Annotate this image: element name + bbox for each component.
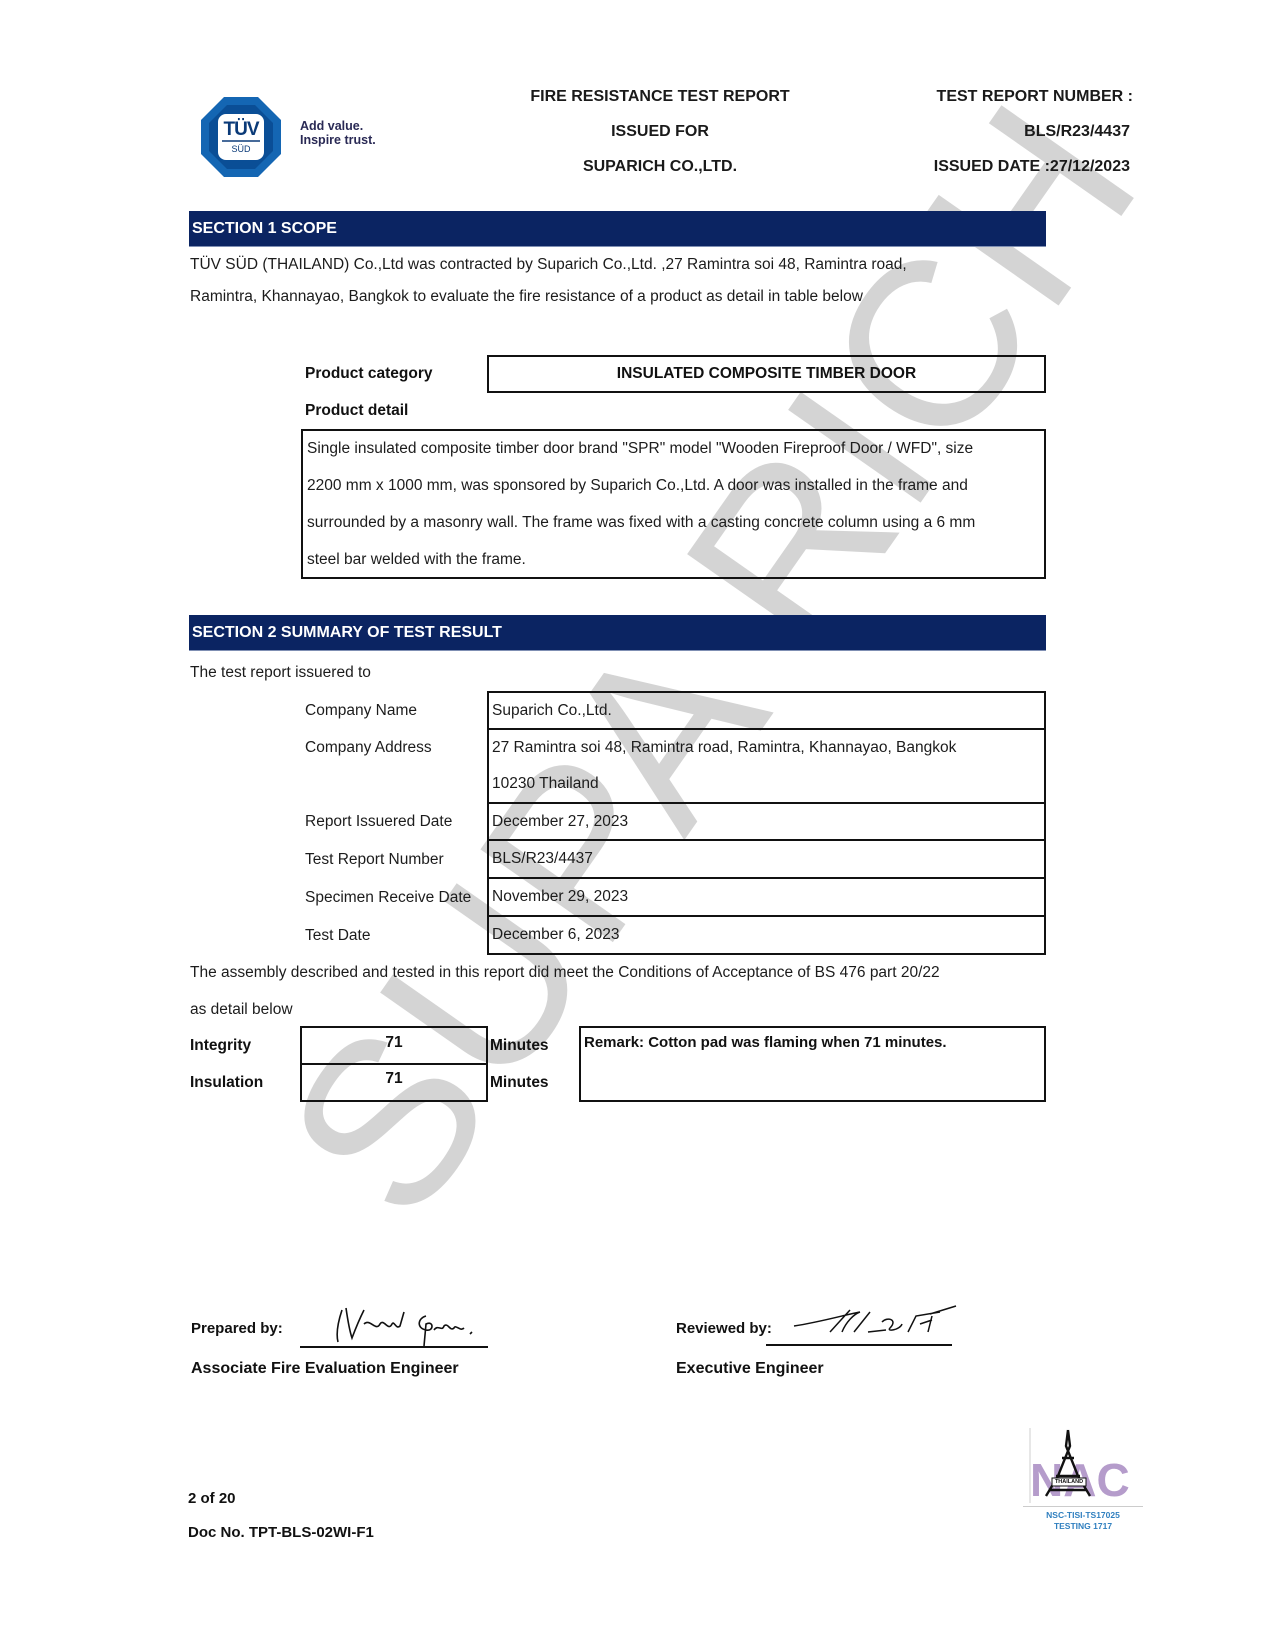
issued-date: ISSUED DATE :27/12/2023 bbox=[934, 158, 1130, 176]
tagline-line2: Inspire trust. bbox=[300, 133, 376, 147]
product-category-value: INSULATED COMPOSITE TIMBER DOOR bbox=[489, 357, 1044, 391]
prepared-signature-line bbox=[300, 1346, 488, 1348]
test-report-number-label: Test Report Number bbox=[305, 851, 444, 869]
product-category-label: Product category bbox=[305, 365, 432, 383]
accreditation-mark: NAC THAILAND NSC-TISI-TS17025 TESTING 17… bbox=[1028, 1428, 1138, 1538]
product-detail-label: Product detail bbox=[305, 402, 408, 420]
report-issued-date-value: December 27, 2023 bbox=[487, 802, 1046, 841]
reviewed-signature-icon bbox=[790, 1302, 960, 1342]
nac-thailand-logo-icon: NAC bbox=[1028, 1428, 1138, 1503]
insulation-value-box: 71 bbox=[300, 1063, 488, 1102]
prepared-title: Associate Fire Evaluation Engineer bbox=[191, 1360, 459, 1378]
accreditation-line1: NSC-TISI-TS17025 bbox=[1020, 1510, 1146, 1520]
product-category-box: INSULATED COMPOSITE TIMBER DOOR bbox=[487, 355, 1046, 393]
report-issued-date-label: Report Issuered Date bbox=[305, 813, 452, 831]
scope-line1: TÜV SÜD (THAILAND) Co.,Ltd was contracte… bbox=[190, 256, 907, 274]
integrity-value-box: 71 bbox=[300, 1026, 488, 1065]
accreditation-badge-text: THAILAND bbox=[1052, 1478, 1086, 1486]
logo-top-text: TÜV bbox=[200, 119, 282, 141]
integrity-unit: Minutes bbox=[490, 1037, 549, 1055]
company-address-label: Company Address bbox=[305, 739, 432, 757]
tagline-line1: Add value. bbox=[300, 119, 376, 133]
integrity-label: Integrity bbox=[190, 1037, 251, 1055]
integrity-value: 71 bbox=[302, 1028, 486, 1058]
insulation-value: 71 bbox=[302, 1065, 486, 1093]
test-date-label: Test Date bbox=[305, 927, 370, 945]
doc-number: Doc No. TPT-BLS-02WI-F1 bbox=[188, 1524, 374, 1541]
specimen-receive-date-label: Specimen Receive Date bbox=[305, 889, 471, 907]
accreditation-divider bbox=[1023, 1506, 1143, 1507]
specimen-receive-date-value: November 29, 2023 bbox=[487, 877, 1046, 917]
reviewed-signature-line bbox=[766, 1344, 952, 1346]
product-detail-line: surrounded by a masonry wall. The frame … bbox=[307, 512, 1044, 549]
insulation-unit: Minutes bbox=[490, 1074, 549, 1092]
report-number: BLS/R23/4437 bbox=[1024, 123, 1130, 141]
company-name-value: Suparich Co.,Ltd. bbox=[487, 691, 1046, 730]
scope-line2: Ramintra, Khannayao, Bangkok to evaluate… bbox=[190, 288, 863, 306]
section2-header: SECTION 2 SUMMARY OF TEST RESULT bbox=[189, 615, 1046, 651]
product-detail-line: steel bar welded with the frame. bbox=[307, 549, 1044, 579]
company-address-value: 27 Ramintra soi 48, Ramintra road, Ramin… bbox=[487, 728, 1046, 804]
product-detail-line: Single insulated composite timber door b… bbox=[307, 438, 1044, 475]
reviewed-by-label: Reviewed by: bbox=[676, 1320, 772, 1337]
report-title: FIRE RESISTANCE TEST REPORT bbox=[520, 88, 800, 106]
page-number: 2 of 20 bbox=[188, 1490, 236, 1507]
reviewed-title: Executive Engineer bbox=[676, 1360, 824, 1378]
accreditation-line2: TESTING 1717 bbox=[1020, 1521, 1146, 1531]
issued-for-company: SUPARICH CO.,LTD. bbox=[520, 158, 800, 176]
prepared-by-label: Prepared by: bbox=[191, 1320, 283, 1337]
insulation-label: Insulation bbox=[190, 1074, 263, 1092]
issued-for-label: ISSUED FOR bbox=[520, 123, 800, 141]
prepared-signature-icon bbox=[330, 1302, 490, 1352]
tuv-sud-logo: TÜV SÜD bbox=[200, 96, 282, 178]
company-name-label: Company Name bbox=[305, 702, 417, 720]
conclusion-line1: The assembly described and tested in thi… bbox=[190, 964, 940, 982]
product-detail-line: 2200 mm x 1000 mm, was sponsored by Supa… bbox=[307, 475, 1044, 512]
test-report-number-value: BLS/R23/4437 bbox=[487, 839, 1046, 879]
logo-bottom-text: SÜD bbox=[200, 144, 282, 154]
test-date-value: December 6, 2023 bbox=[487, 915, 1046, 955]
remark-text: Remark: Cotton pad was flaming when 71 m… bbox=[584, 1034, 1044, 1051]
report-number-label: TEST REPORT NUMBER : bbox=[937, 88, 1133, 106]
product-detail-box: Single insulated composite timber door b… bbox=[301, 429, 1046, 579]
tagline: Add value. Inspire trust. bbox=[300, 119, 376, 147]
remark-box: Remark: Cotton pad was flaming when 71 m… bbox=[579, 1026, 1046, 1102]
conclusion-line2: as detail below bbox=[190, 1001, 293, 1019]
issued-to-intro: The test report issuered to bbox=[190, 664, 371, 682]
section1-header: SECTION 1 SCOPE bbox=[189, 211, 1046, 247]
